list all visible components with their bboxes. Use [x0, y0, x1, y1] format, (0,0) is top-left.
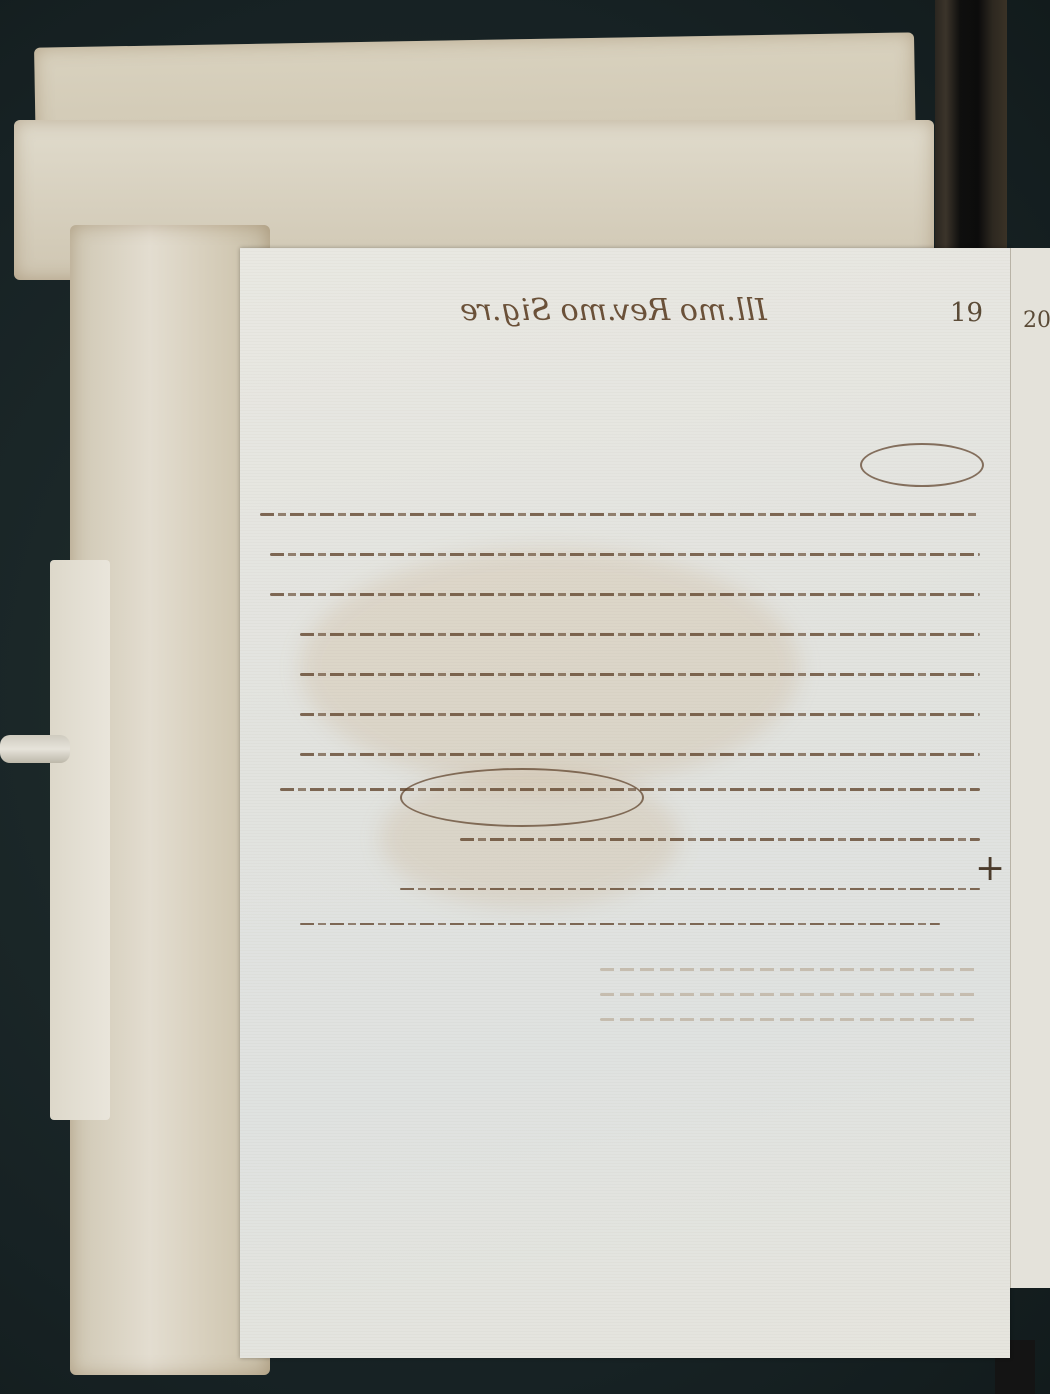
handwriting-line — [300, 673, 980, 676]
bleed-through-line — [600, 968, 980, 971]
handwriting-line — [270, 593, 980, 596]
page-heading: Ill.mo Rev.mo Sig.re — [460, 293, 767, 328]
handwriting-line — [300, 753, 980, 756]
signature-flourish — [400, 768, 644, 827]
handwriting-line — [280, 788, 980, 791]
handwriting-line — [260, 513, 980, 516]
bleed-through-line — [600, 993, 980, 996]
water-stain — [380, 768, 680, 908]
handwriting-line — [400, 888, 980, 890]
book-spine-gutter — [935, 0, 1007, 260]
handwriting-line — [300, 713, 980, 716]
script-flourish — [860, 443, 984, 487]
page-number: 19 — [950, 298, 983, 328]
handwriting-line — [460, 838, 980, 841]
loose-leaf-left — [50, 560, 110, 1120]
margin-cross-mark: + — [975, 848, 1005, 889]
handwriting-line — [300, 633, 980, 636]
water-stain — [300, 548, 800, 788]
manuscript-page: Ill.mo Rev.mo Sig.re 19 + — [240, 248, 1010, 1358]
facing-page-edge: 20 — [1010, 248, 1050, 1288]
bleed-through-line — [600, 1018, 980, 1021]
handwriting-line — [300, 923, 940, 925]
facing-page-number: 20 — [1023, 308, 1050, 333]
binding-string — [0, 735, 70, 763]
handwriting-line — [270, 553, 980, 556]
